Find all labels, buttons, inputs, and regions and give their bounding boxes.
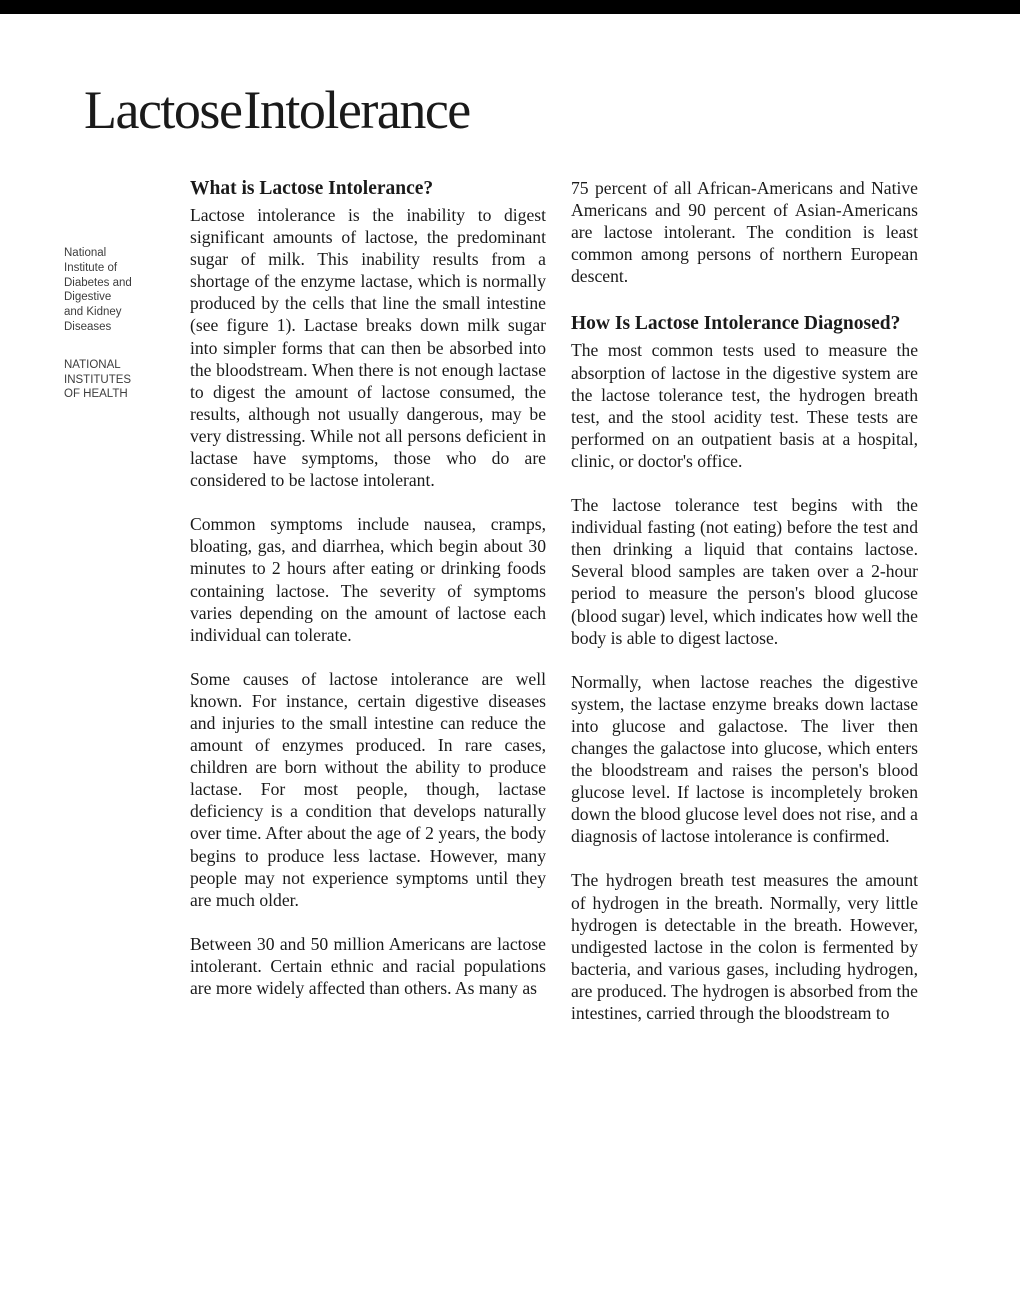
nih-name-line: INSTITUTES xyxy=(64,373,188,388)
institute-name-line: Digestive xyxy=(64,290,188,305)
body-paragraph: Some causes of lactose intolerance are w… xyxy=(190,668,546,911)
nih-name-line: OF HEALTH xyxy=(64,387,188,402)
left-column: What is Lactose Intolerance? Lactose int… xyxy=(190,177,546,999)
right-column: 75 percent of all African-Americans and … xyxy=(571,177,918,1024)
page-top-bar xyxy=(0,0,1020,14)
agency-sidebar: National Institute of Diabetes and Diges… xyxy=(64,246,188,402)
body-paragraph: Between 30 and 50 million Americans are … xyxy=(190,933,546,999)
institute-name-line: National xyxy=(64,246,188,261)
section-heading-diagnosed: How Is Lactose Intolerance Diagnosed? xyxy=(571,312,918,336)
body-paragraph: 75 percent of all African-Americans and … xyxy=(571,177,918,287)
body-paragraph: Lactose intolerance is the inability to … xyxy=(190,204,546,491)
section-heading-what-is: What is Lactose Intolerance? xyxy=(190,177,546,201)
document-page: Lactose Intolerance National Institute o… xyxy=(0,0,1020,1313)
institute-name-line: Diseases xyxy=(64,320,188,335)
body-paragraph: The lactose tolerance test begins with t… xyxy=(571,494,918,649)
institute-name-line: Diabetes and xyxy=(64,276,188,291)
nih-name-line: NATIONAL xyxy=(64,358,188,373)
institute-name: National Institute of Diabetes and Diges… xyxy=(64,246,188,335)
institute-name-line: and Kidney xyxy=(64,305,188,320)
body-paragraph: Common symptoms include nausea, cramps, … xyxy=(190,513,546,646)
body-paragraph: The hydrogen breath test measures the am… xyxy=(571,869,918,1024)
body-paragraph: Normally, when lactose reaches the diges… xyxy=(571,671,918,848)
institute-name-line: Institute of xyxy=(64,261,188,276)
nih-name: NATIONAL INSTITUTES OF HEALTH xyxy=(64,358,188,402)
page-title: Lactose Intolerance xyxy=(84,82,470,139)
body-paragraph: The most common tests used to measure th… xyxy=(571,339,918,472)
